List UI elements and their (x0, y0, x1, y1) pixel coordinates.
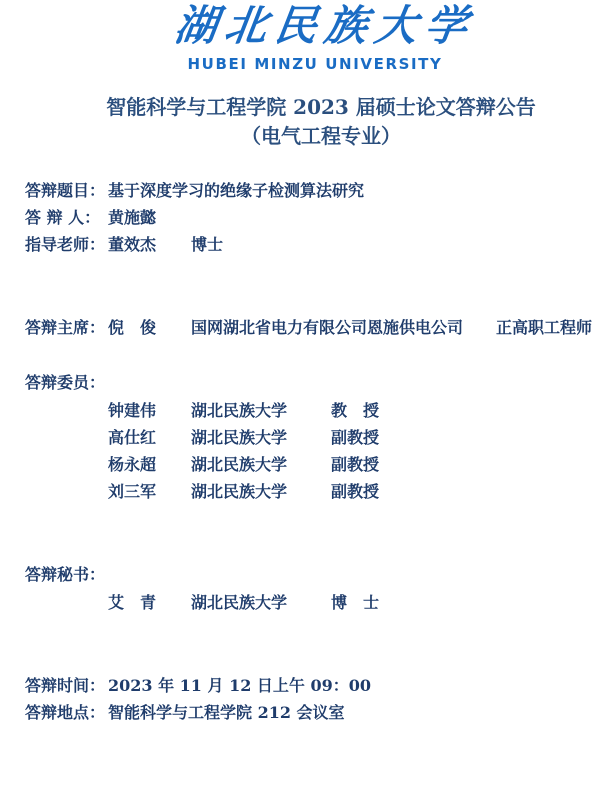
secretary-org: 湖北民族大学 (191, 593, 287, 613)
member-title: 副教授 (331, 428, 379, 448)
member-name: 高仕红 (108, 428, 156, 448)
advisor-label: 指导老师： (25, 235, 105, 255)
secretary-label: 答辩秘书： (25, 565, 105, 585)
topic-label: 答辩题目： (25, 181, 105, 201)
time-value: 2023 年 11 月 12 日上午 09：00 (108, 676, 371, 696)
chair-org: 国网湖北省电力有限公司恩施供电公司 (191, 318, 463, 338)
time-label: 答辩时间： (25, 676, 105, 696)
secretary-title: 博 士 (331, 593, 379, 613)
member-title: 副教授 (331, 455, 379, 475)
committee-label: 答辩委员： (25, 373, 105, 393)
chair-name: 倪 俊 (108, 318, 156, 338)
advisor-title: 博士 (191, 235, 223, 255)
chair-title: 正高职工程师 (496, 318, 592, 338)
topic-value: 基于深度学习的绝缘子检测算法研究 (108, 181, 364, 201)
candidate-value: 黄施懿 (108, 208, 156, 228)
member-org: 湖北民族大学 (191, 428, 287, 448)
member-org: 湖北民族大学 (191, 482, 287, 502)
chair-label: 答辩主席： (25, 318, 105, 338)
candidate-label: 答 辩 人： (25, 208, 100, 228)
member-org: 湖北民族大学 (191, 401, 287, 421)
logo-english-name: HUBEI MINZU UNIVERSITY (165, 55, 465, 73)
announcement-subtitle: （电气工程专业） (0, 122, 612, 150)
member-title: 副教授 (331, 482, 379, 502)
member-org: 湖北民族大学 (191, 455, 287, 475)
place-value: 智能科学与工程学院 212 会议室 (108, 703, 345, 723)
member-name: 钟建伟 (108, 401, 156, 421)
advisor-name: 董效杰 (108, 235, 156, 255)
logo-chinese-name: 湖北民族大学 (157, 2, 494, 50)
secretary-name: 艾 青 (108, 593, 156, 613)
place-label: 答辩地点： (25, 703, 105, 723)
member-name: 刘三军 (108, 482, 156, 502)
member-title: 教 授 (331, 401, 379, 421)
member-name: 杨永超 (108, 455, 156, 475)
announcement-title: 智能科学与工程学院 2023 届硕士论文答辩公告 (0, 93, 612, 121)
